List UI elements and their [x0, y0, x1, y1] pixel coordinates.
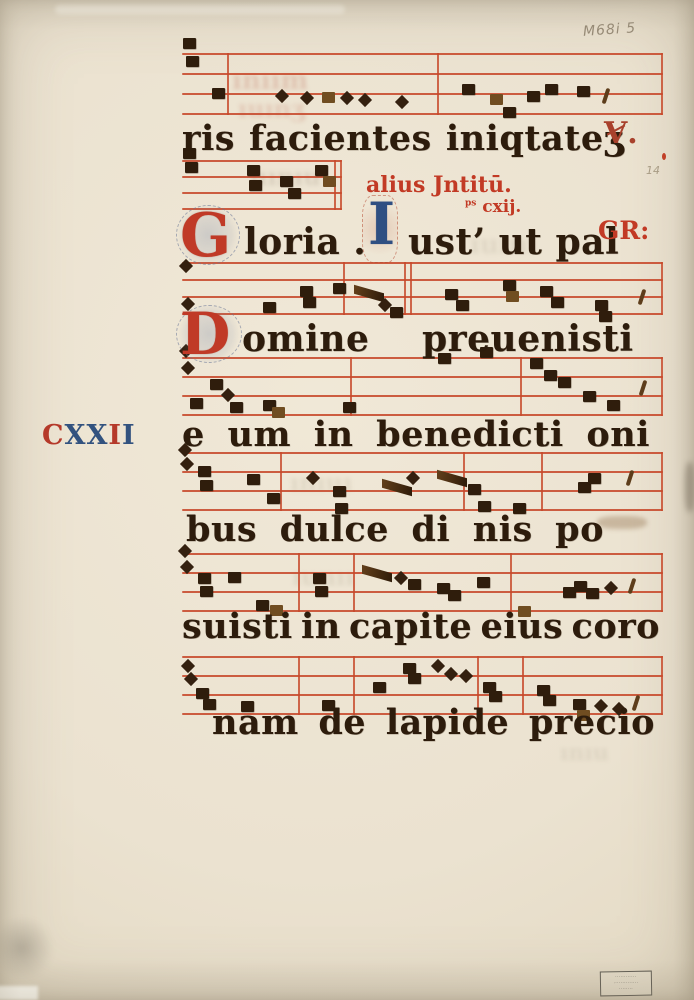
iustus-text: ust’ ut pal: [408, 221, 619, 263]
neume-sq: [448, 590, 461, 601]
staff-barline: [541, 452, 543, 511]
neume-di: [181, 659, 195, 673]
versicle-dot: .: [627, 116, 637, 151]
chant-word: lapide: [386, 702, 509, 743]
neume-sq: [186, 56, 199, 67]
chant-line-domine: D omine preuenisti: [182, 305, 663, 363]
red-dot-mark: [662, 153, 666, 160]
staff-barline: [437, 53, 439, 115]
staff-line: [182, 572, 663, 574]
chant-word: iniqtateʒ: [446, 118, 624, 159]
neume-sq: [607, 400, 620, 411]
neume-sq: [583, 391, 596, 402]
ink-smear-after-po: [597, 516, 647, 529]
neume-di: [431, 659, 445, 673]
neume-sq: [343, 402, 356, 413]
gradual-abbrev: GR:: [598, 216, 649, 245]
neume-di: [306, 471, 320, 485]
staff-barline: [510, 553, 512, 612]
neume-sq: [489, 691, 502, 702]
staff-barline: [298, 553, 300, 612]
chant-line-6: busdulcedinispo: [186, 509, 604, 550]
folio-letter: I: [122, 420, 136, 451]
neume-ob: [382, 478, 412, 496]
folio-letter: X: [86, 420, 108, 451]
staff-5: [182, 452, 663, 511]
gloria-text: loria .: [244, 221, 366, 263]
neume-sq: [185, 162, 198, 173]
domine-text: omine: [242, 318, 369, 360]
neume-di: [275, 88, 289, 102]
chant-line-5: euminbenedictioni: [182, 414, 650, 455]
collector-stamp: ··································: [600, 971, 652, 997]
staff-barline: [280, 452, 282, 511]
neume-di: [459, 668, 473, 682]
pencil-shelfmark: M68i 5: [583, 20, 637, 40]
neume-sqb: [490, 94, 503, 105]
neume-sq: [445, 289, 458, 300]
neume-sq: [200, 480, 213, 491]
versicle-mark: V.: [604, 116, 638, 151]
chant-word: eius: [481, 606, 564, 647]
neume-sq: [545, 84, 558, 95]
staff-line: [182, 675, 663, 677]
staff-line: [182, 376, 663, 378]
folio-letter: C: [42, 420, 65, 451]
neume-sq: [230, 402, 243, 413]
chant-word: facientes: [249, 118, 432, 159]
staff-barline: [661, 53, 663, 115]
staff-line: [182, 160, 342, 162]
neume-sq: [198, 466, 211, 477]
staff-line: [182, 53, 663, 55]
neume-sq: [300, 286, 313, 297]
neume-sq: [333, 486, 346, 497]
folio-letter: I: [108, 420, 122, 451]
neume-sq: [247, 474, 260, 485]
chant-word: benedicti: [376, 414, 564, 455]
chant-word: in: [314, 414, 354, 455]
chant-word: nam: [212, 702, 299, 743]
initial-d: D: [180, 305, 230, 363]
neume-di: [444, 667, 458, 681]
neume-di: [395, 94, 409, 108]
neume-sq: [198, 573, 211, 584]
neume-sq: [280, 176, 293, 187]
neume-sq: [540, 286, 553, 297]
neume-sq: [249, 180, 262, 191]
neume-di: [221, 387, 235, 401]
pencil-folio-number: 14: [646, 164, 660, 177]
folio-letter: X: [65, 420, 87, 451]
neume-di: [180, 457, 194, 471]
neume-sq: [408, 673, 421, 684]
right-edge-stain: [685, 462, 694, 512]
neume-sq: [408, 579, 421, 590]
neume-sqb: [506, 291, 519, 302]
neume-sq: [315, 165, 328, 176]
neume-sq: [527, 91, 540, 102]
bottom-left-stain: [0, 918, 56, 978]
staff-line: [182, 176, 342, 178]
chant-word: di: [411, 509, 450, 550]
neume-sq: [462, 84, 475, 95]
neume-sq: [210, 379, 223, 390]
neume-sq: [403, 663, 416, 674]
neume-sq: [503, 107, 516, 118]
neume-sqb: [322, 92, 335, 103]
neume-sq: [477, 577, 490, 588]
neume-sq: [313, 573, 326, 584]
staff-barline: [661, 553, 663, 612]
chant-word: ris: [182, 118, 235, 159]
chant-word: coro: [572, 606, 660, 647]
staff-barline: [661, 357, 663, 416]
neume-sq: [190, 398, 203, 409]
neume-sq: [212, 88, 225, 99]
staff-4: [182, 357, 663, 416]
chant-word: dulce: [280, 509, 389, 550]
neume-sq: [468, 484, 481, 495]
neume-sq: [373, 682, 386, 693]
neume-sq: [558, 377, 571, 388]
staff-line: [182, 553, 663, 555]
chant-word: capite: [349, 606, 472, 647]
neume-sq: [288, 188, 301, 199]
chant-word: precio: [529, 702, 655, 743]
neume-sq: [196, 688, 209, 699]
neume-ob: [354, 285, 384, 303]
chant-word: oni: [586, 414, 650, 455]
staff-6: [182, 553, 663, 612]
staff-barline: [661, 452, 663, 511]
neume-sq: [247, 165, 260, 176]
staff-barline: [353, 553, 355, 612]
neume-sqb: [323, 176, 336, 187]
custos-mark: [602, 88, 611, 104]
chant-word: um: [228, 414, 291, 455]
chant-word: po: [555, 509, 604, 550]
neume-sq: [315, 586, 328, 597]
staff-barline: [661, 656, 663, 715]
chant-word: bus: [186, 509, 257, 550]
neume-sq: [228, 572, 241, 583]
neume-sq: [183, 38, 196, 49]
neume-sq: [333, 283, 346, 294]
initial-g: G: [180, 206, 231, 266]
staff-line: [182, 73, 663, 75]
bottom-left-tear: [0, 986, 38, 1000]
neume-sq: [544, 370, 557, 381]
staff-1: [182, 53, 663, 115]
staff-line: [182, 113, 663, 115]
neume-sq: [537, 685, 550, 696]
staff-line: [182, 93, 663, 95]
top-edge-highlight: [55, 5, 345, 14]
chant-line-gloria: G loria . I ust’ ut pal GR:: [182, 203, 672, 267]
neume-sq: [577, 86, 590, 97]
margin-folio-cxxii: CXXII: [42, 420, 136, 451]
staff-barline: [520, 357, 522, 416]
staff-line: [182, 296, 663, 298]
neume-sq: [586, 588, 599, 599]
neume-sq: [267, 493, 280, 504]
staff-line: [182, 192, 342, 194]
bleedthrough-text: ınıu: [560, 740, 609, 766]
initial-i: I: [368, 195, 395, 253]
chant-word: e: [182, 414, 205, 455]
chant-word: nis: [473, 509, 533, 550]
staff-line: [182, 279, 663, 281]
staff-line: [182, 656, 663, 658]
chant-line-8: namdelapideprecio: [212, 702, 655, 743]
chant-word: suisti: [182, 606, 293, 647]
neume-sq: [200, 586, 213, 597]
staff-barline: [227, 53, 229, 115]
prevenisti-text: preuenisti: [422, 318, 634, 360]
neume-di: [406, 471, 420, 485]
stamp-line: ········: [603, 986, 649, 993]
chant-line-1: risfacientesiniqtateʒ: [182, 118, 624, 159]
neume-ob: [362, 565, 392, 583]
staff-line: [182, 694, 663, 696]
neume-sq: [503, 280, 516, 291]
chant-word: de: [318, 702, 366, 743]
chant-word: in: [301, 606, 341, 647]
neume-sq: [588, 473, 601, 484]
chant-line-7: suistiincapiteeiuscoro: [182, 606, 660, 647]
manuscript-page: ınıımıuınʒuınıuıuınıınıuııunııınıu M68i …: [0, 0, 694, 1000]
